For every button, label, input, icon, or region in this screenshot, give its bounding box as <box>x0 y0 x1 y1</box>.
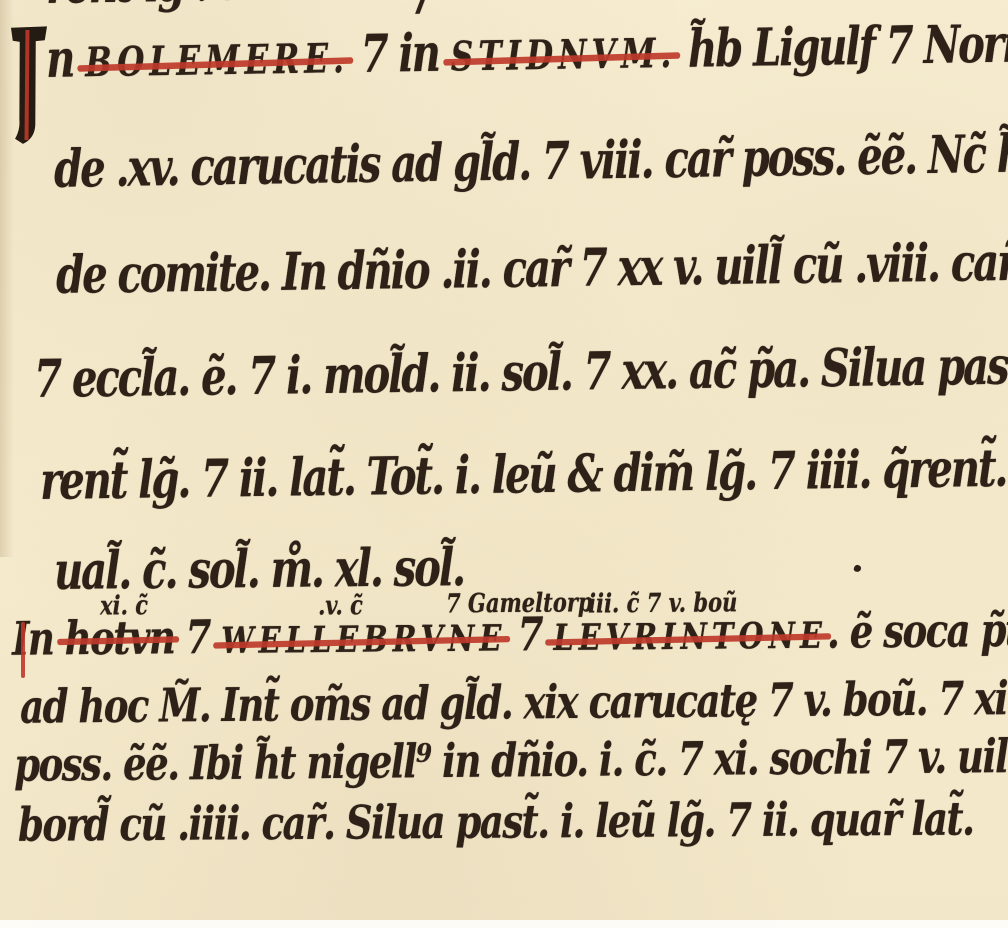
line-8: In hotvn 7 WELLEBRVNE 7 LEVRINTONE. ẽ so… <box>12 606 1008 662</box>
text-run: poss. ẽẽ. Ibi h̃t nigell⁹ in dñio. i. c̃… <box>14 727 1008 792</box>
text-run: de .xv. carucatis ad gl̃d. 7 viii. car̃ … <box>54 121 1008 200</box>
struck-place-name: WELLEBRVNE <box>221 617 506 662</box>
line-5: rent̃ lg̃. 7 ii. lat̃. Tot̃. i. leũ & di… <box>40 441 1008 508</box>
text-run: In <box>12 611 65 666</box>
clipped-top-stroke: / <box>418 0 431 18</box>
line-11: bord̃ cũ .iiii. car̃. Silua past̃. i. le… <box>18 796 974 849</box>
clipped-top-line: rent̃ lg̃ . 7 ii . lat̃ <box>46 0 373 12</box>
struck-place-name: STIDNVM. <box>451 30 677 80</box>
line-4: 7 eccl̃a. ẽ. 7 i. mol̃d. ii. sol̃. 7 xx.… <box>34 338 1008 406</box>
text-run: 7 in <box>349 22 451 85</box>
line-2: de .xv. carucatis ad gl̃d. 7 viii. car̃ … <box>54 126 1008 196</box>
text-run: rent̃ lg̃ . 7 ii . lat̃ <box>46 0 373 16</box>
line-3: de comite. In dñio .ii. car̃ 7 xx v. uil… <box>56 236 1008 302</box>
struck-place-name: LEVRINTONE <box>553 614 827 659</box>
manuscript-page: rent̃ lg̃ . 7 ii . lat̃/n BOLEMERE. 7 in… <box>0 0 1008 928</box>
struck-place-name: BOLEMERE. <box>85 36 349 87</box>
ink-speck <box>853 564 862 573</box>
line-10: poss. ẽẽ. Ibi h̃t nigell⁹ in dñio. i. c̃… <box>14 732 1008 788</box>
text-run: rent̃ lg̃. 7 ii. lat̃. Tot̃. i. leũ & di… <box>40 436 1008 512</box>
rubric-stroke-line8-initial <box>21 622 25 678</box>
text-run: ad hoc M̃. Int̃ om̃s ad gl̃d. xix caruca… <box>20 670 1008 734</box>
text-run: . ẽ soca p̃tinens <box>827 601 1008 659</box>
line-1: n BOLEMERE. 7 in STIDNVM. h̃b Ligulf 7 N… <box>46 16 1008 86</box>
struck-place-name: hotvn <box>65 610 175 666</box>
scan-bottom-edge <box>0 920 1008 928</box>
line-9: ad hoc M̃. Int̃ om̃s ad gl̃d. xix caruca… <box>20 675 1008 731</box>
text-run: / <box>418 0 431 22</box>
text-run: n <box>46 28 86 90</box>
text-run: de comite. In dñio .ii. car̃ 7 xx v. uil… <box>56 230 1008 305</box>
text-run: 7 <box>506 606 553 661</box>
text-run: bord̃ cũ .iiii. car̃. Silua past̃. i. le… <box>18 791 974 852</box>
text-run: h̃b Ligulf 7 Norman. ii. M̃ <box>676 10 1008 80</box>
text-run: 7 <box>174 609 221 664</box>
text-run: 7 eccl̃a. ẽ. 7 i. mol̃d. ii. sol̃. 7 xx.… <box>34 333 1008 410</box>
